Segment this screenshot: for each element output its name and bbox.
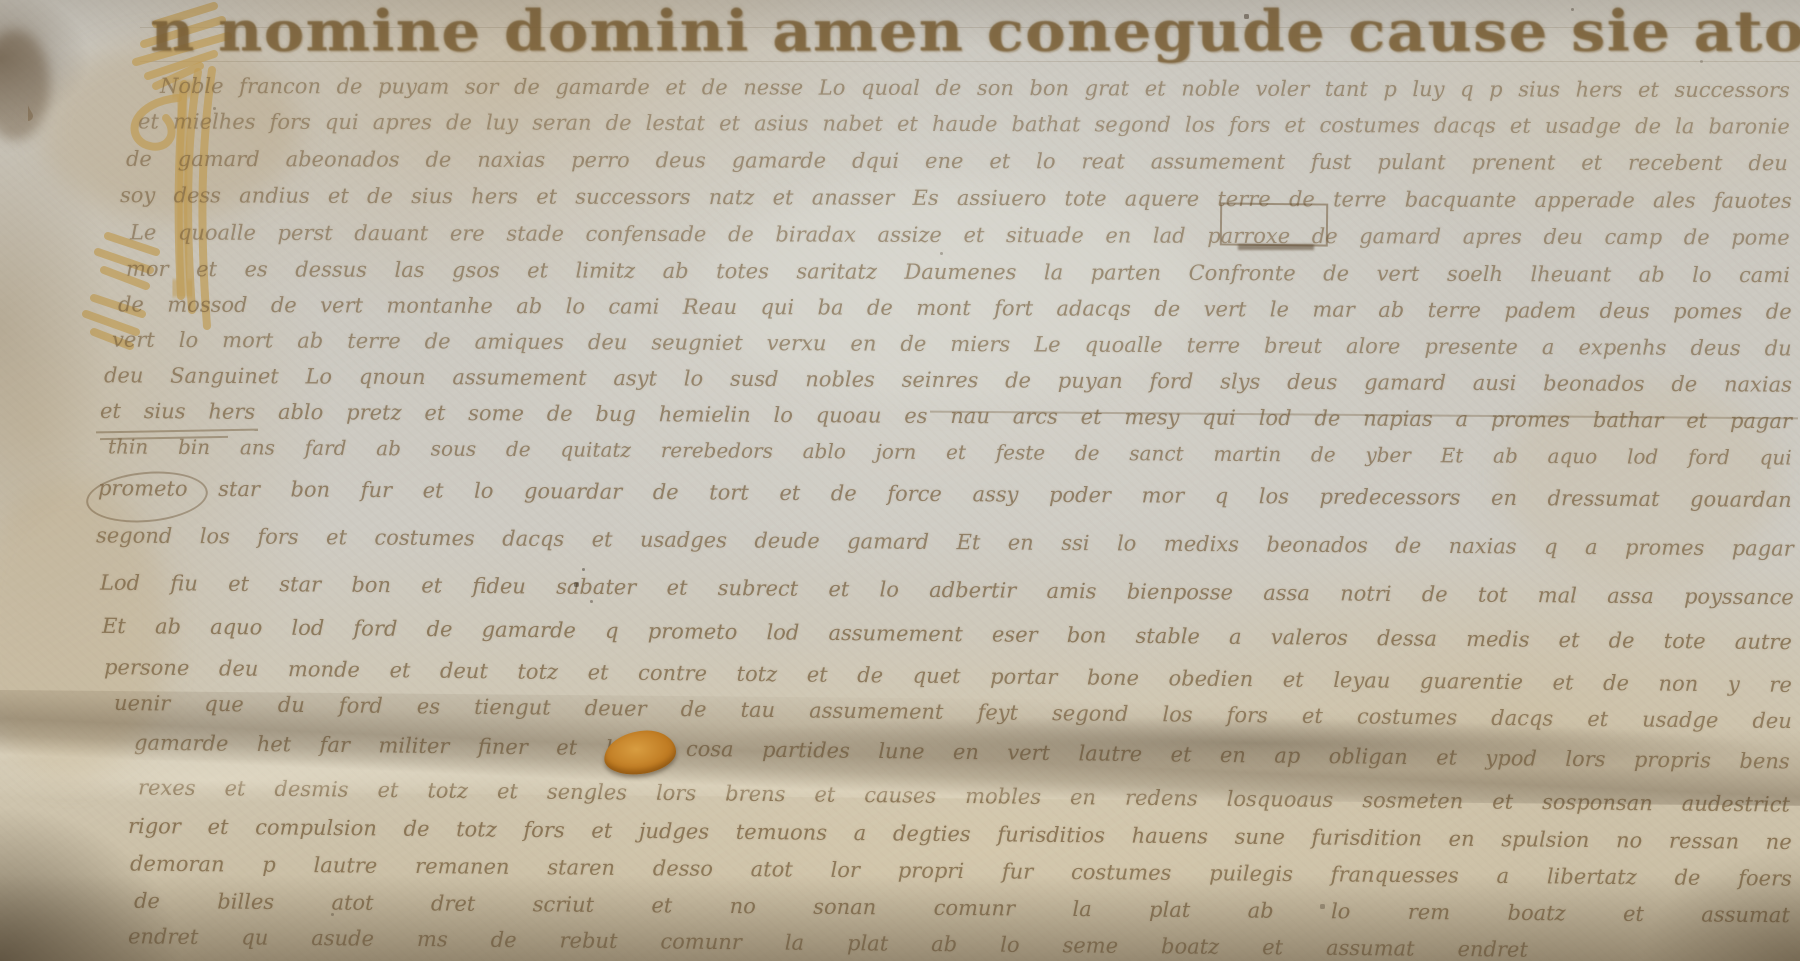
edge-shadow: [0, 0, 1800, 961]
parchment-photo: I n nomine domini amen conegude cause si…: [0, 0, 1800, 961]
